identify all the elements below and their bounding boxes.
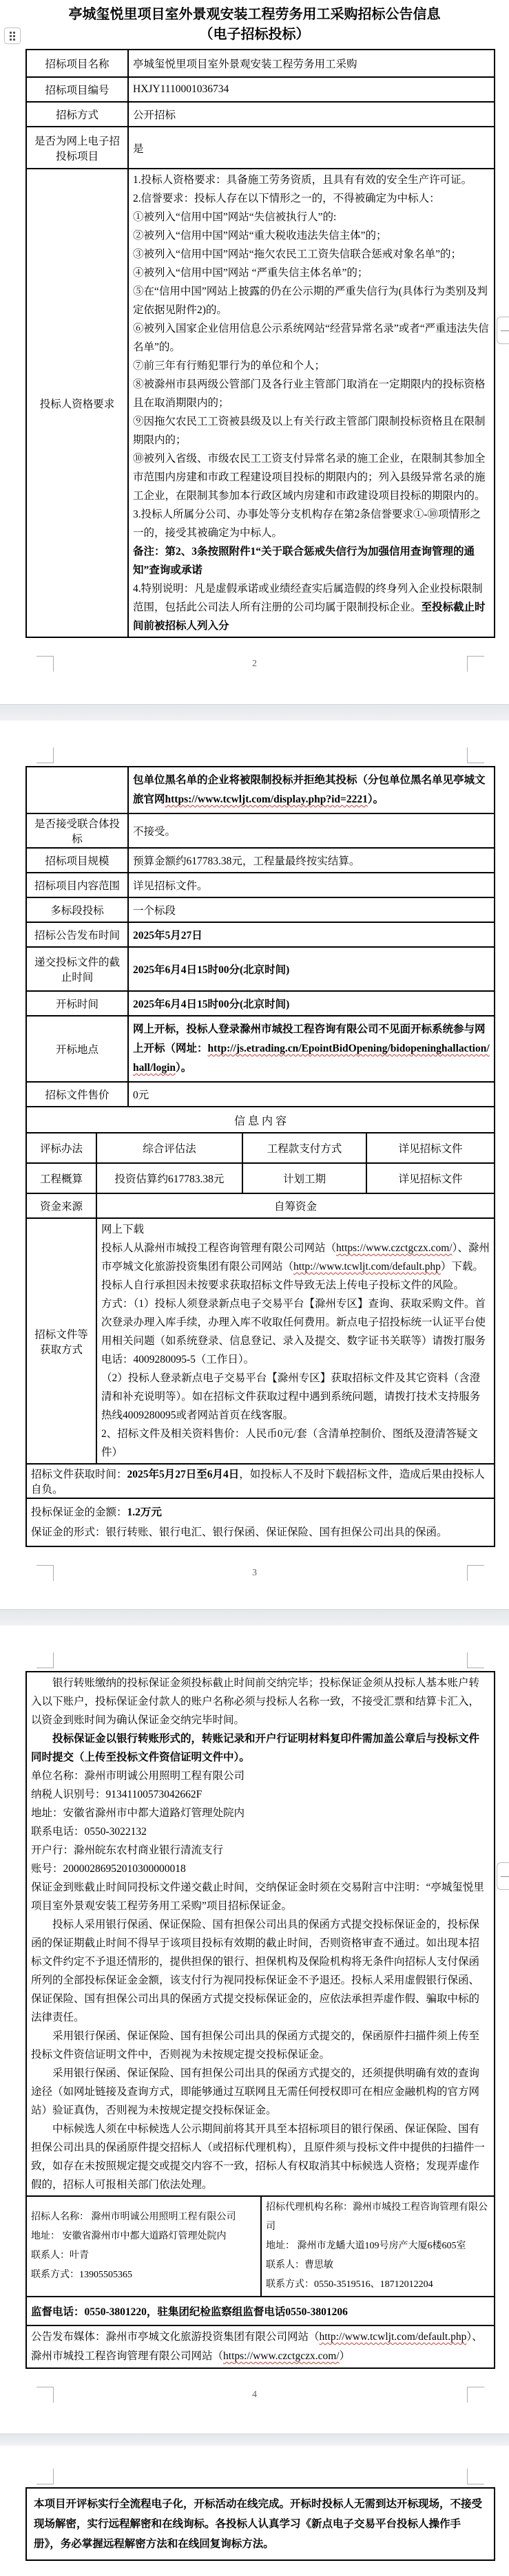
electronic-bidding-note: 本项目开评标实行全流程电子化，开标活动在线完成。开标时投标人无需到达开标现场，不… [25,2487,495,2561]
tenderer-contact: 联系人：叶青 [31,2246,256,2266]
doc-line: ⑨因拖欠农民工工资被县级及以上有关行政主管部门限制投标资格且在限制期限内的； [133,412,490,449]
doc-line: 纳税人识别号：91341100573042662F [31,1785,490,1804]
row-label: 招标项目编号 [26,77,128,102]
tenderer-address: 地址： 安徽省滁州市中都大道路灯管理处院内 [31,2227,256,2246]
page-footer: 3 [0,1547,509,1609]
row-label: 招标项目名称 [26,50,128,77]
row-label: 招标文件售价 [26,1082,128,1107]
doc-line: 单位名称：滁州市明诚公用照明工程有限公司 [31,1767,490,1785]
table-row: 评标办法 综合评估法 工程款支付方式 详见招标文件 [26,1133,495,1163]
doc-line: 投标保证金以银行转账形式的，转账记录和开户行证明材料复印件需加盖公章后与投标文件… [31,1729,490,1767]
deposit-info: 投标保证金的金额：1.2万元 保证金的形式：银行转账、银行电汇、银行保函、保证保… [26,1498,495,1546]
row-label: 是否接受联合体投标 [26,813,128,848]
agency-contact: 联系人：曹思敏 [266,2256,490,2275]
table-row: 是否为网上电子招投标项目 是 [26,127,495,169]
cell: 综合评估法 [96,1133,242,1163]
table-row-supervise: 监督电话：0550-3801220，驻集团纪检监察组监督电话0550-38012… [26,2297,495,2325]
doc-line: 网上下载 [101,1220,490,1239]
blacklist-url: https://www.tcwljt.com/display.php?id=22… [165,794,368,805]
row-value: 0元 [128,1082,495,1107]
tenderer-phone: 联系方式：13905505365 [31,2266,256,2285]
table-row: 是否接受联合体投标 不接受。 [26,813,495,848]
doc-line: 投标人采用银行保函、保证保险、国有担保公司出具的保函方式提交投标保证金的，投标保… [31,1915,490,2027]
deposit-and-contacts-table: 银行转账缴纳的投标保证金须投标截止时间前交纳完毕；投标保证金须从投标人基本账户转… [25,1671,495,2369]
page-break-band [0,704,509,721]
doc-line: 4.特别说明：凡是虚假承诺或业绩经查实后属造假的终身列入企业投标限制范围，包括此… [133,579,490,635]
row-value: 不接受。 [128,813,495,848]
table-row: 递交投标文件的截止时间 2025年6月4日15时00分(北京时间) [26,947,495,991]
qualification-content: 1.投标人资格要求：具备施工劳务资质，且具有有效的安全生产许可证。2.信誉要求：… [128,169,495,637]
tenderer-name: 招标人名称： 滁州市明诚公用照明工程有限公司 [31,2208,256,2227]
doc-line: 保证金到账截止时间同投标文件递交截止时间，交纳保证金时须在交易附言中注明：“亭城… [31,1878,490,1915]
row-label: 资金来源 [26,1193,96,1218]
doc-line: ①被列入“信用中国”网站“失信被执行人”的: [133,208,490,226]
table-row: 招标项目编号 HXJY1110001036734 [26,77,495,102]
bid-opening-datetime: 2025年6月4日15时00分(北京时间) [128,991,495,1016]
doc-line: ⑩被列入省级、市级农民工工资支付异常名录的施工企业，在限制其参加全市范围内房建和… [133,449,490,505]
page-break-band [0,1609,509,1626]
basic-info-table: 招标项目名称 亭城玺悦里项目室外景观安装工程劳务用工采购 招标项目编号 HXJY… [25,49,495,638]
margin-note-button[interactable]: — [497,1862,509,1890]
table-row: 开标时间 2025年6月4日15时00分(北京时间) [26,991,495,1016]
doc-line: 2.信誉要求：投标人存在以下情形之一的，不得被确定为中标人： [133,189,490,208]
cell: 工程概算 [26,1163,96,1193]
page-number: 4 [0,2389,509,2401]
page-header [0,721,509,766]
row-label: 招标项目规模 [26,848,128,873]
cell: 评标办法 [26,1133,96,1163]
obtain-date-range: 2025年5月27日至6月4日 [127,1469,240,1480]
section-header: 信 息 内 容 [26,1107,495,1133]
table-row: 招标公告发布时间 2025年5月27日 [26,922,495,947]
bank-transfer-content: 银行转账缴纳的投标保证金须投标截止时间前交纳完毕；投标保证金须从投标人基本账户转… [26,1672,495,2196]
cell: 工程款支付方式 [242,1133,366,1163]
doc-line: 采用银行保函、保证保险、国有担保公司出具的保函方式提交的，保函原件扫描件须上传至… [31,2027,490,2064]
table-row-qualification-continued: 包单位黑名单的企业将被限制投标并拒绝其投标（分包单位黑名单见亭城文旅官网http… [26,767,495,813]
page-break-band [0,2434,509,2446]
doc-line: ③被列入“信用中国”网站“拖欠农民工工资失信联合惩戒对象名单”的； [133,245,490,264]
doc-line: 中标候选人须在中标候选人公示期间前将其开具至本招标项目的银行保函、保证保险、国有… [31,2120,490,2194]
doc-line: ⑦前三年有行贿犯罪行为的单位和个人； [133,356,490,375]
table-row: 招标项目内容范围 详见招标文件。 [26,873,495,897]
doc-line: ②被列入“信用中国”网站“重大税收违法失信主体”的； [133,226,490,245]
row-label: 开标地点 [26,1016,128,1082]
table-row-bank-info: 银行转账缴纳的投标保证金须投标截止时间前交纳完毕；投标保证金须从投标人基本账户转… [26,1672,495,2196]
row-label: 开标时间 [26,991,128,1016]
table-row-opening-place: 开标地点 网上开标，投标人登录滁州市城投工程咨询有限公司不见面开标系统参与网上开… [26,1016,495,1082]
table-row: 招标项目规模 预算金额约617783.38元，工程量最终按实结算。 [26,848,495,873]
cell: 投资估算约617783.38元 [96,1163,242,1193]
row-label: 招标项目内容范围 [26,873,128,897]
doc-line: 联系电话：0550-3022132 [31,1822,490,1841]
fund-source: 自筹资金 [96,1193,495,1218]
opening-place-tail: ）。 [176,1062,191,1074]
margin-note-button[interactable]: — [497,317,509,344]
table-row: 招标文件售价 0元 [26,1082,495,1107]
table-row-media: 公告发布媒体：滁州市亭城文化旅游投资集团有限公司网站（http://www.tc… [26,2325,495,2368]
doc-line: 投标人从滁州市城投工程咨询管理有限公司网站（https://www.czctgc… [101,1239,490,1276]
row-value: 是 [128,127,495,169]
doc-line: 银行转账缴纳的投标保证金须投标截止时间前交纳完毕；投标保证金须从投标人基本账户转… [31,1674,490,1729]
row-label-empty [26,767,128,813]
deadline-datetime: 2025年6月4日15时00分(北京时间) [128,947,495,991]
row-label: 招标文件等获取方式 [26,1218,96,1464]
deposit-amount: 1.2万元 [127,1507,162,1518]
announce-date: 2025年5月27日 [128,922,495,947]
cell: 详见招标文件 [366,1133,495,1163]
table-row: 多标段投标 一个标段 [26,897,495,922]
schedule-info-table: 包单位黑名单的企业将被限制投标并拒绝其投标（分包单位黑名单见亭城文旅官网http… [25,766,495,1107]
crop-mark-icon [467,747,484,763]
doc-line: ⑧被滁州市县两级公管部门及各行业主管部门取消在一定期限内的投标资格且在取消期限内… [133,375,490,412]
bottom-margin [0,2561,509,2576]
cell: 详见招标文件 [366,1163,495,1193]
doc-line: ⑤在“信用中国”网站上披露的仍在公示期的严重失信行为(具体行为类别及判定依据见附… [133,282,490,319]
page-number: 3 [0,1568,509,1579]
opening-place: 网上开标，投标人登录滁州市城投工程咨询有限公司不见面开标系统参与网上开标（网址：… [128,1016,495,1082]
page-footer: 4 [0,2369,509,2434]
row-value: 详见招标文件。 [128,873,495,897]
drag-handle-icon[interactable] [4,28,21,44]
table-row: 资金来源 自筹资金 [26,1193,495,1218]
dash-icon: — [501,325,509,336]
table-row-qualification: 投标人资格要求 1.投标人资格要求：具备施工劳务资质，且具有有效的安全生产许可证… [26,169,495,637]
tender-announcement-document: — — 亭城玺悦里项目室外景观安装工程劳务用工采购招标公告信息（电子招标投标） … [0,0,509,2576]
grip-dots-icon [10,32,12,34]
table-row: 招标项目名称 亭城玺悦里项目室外景观安装工程劳务用工采购 [26,50,495,77]
doc-line: ⑥被列入国家企业信用信息公示系统网站“经营异常名录”或者“严重违法失信名单”的。 [133,319,490,356]
doc-line: （2）投标人登录新点电子交易平台【滁州专区】获取招标文件及其它资料（含澄清和补充… [101,1369,490,1425]
crop-mark-icon [37,1652,54,1668]
page-header [0,2446,509,2487]
page-footer: 2 [0,638,509,704]
doc-line: 地址：安徽省滁州市中都大道路灯管理处院内 [31,1804,490,1822]
page-number: 2 [0,659,509,670]
doc-line: 2、招标文件及相关资料售价：人民币0元/套（含清单控制价、图纸及澄清答疑文件） [101,1425,490,1462]
agency-contact-cell: 招标代理机构名称：滁州市城投工程咨询管理有限公司 地址： 滁州市龙蟠大道109号… [261,2196,495,2297]
row-value: 亭城玺悦里项目室外景观安装工程劳务用工采购 [128,50,495,77]
doc-line: 公告发布媒体：滁州市亭城文化旅游投资集团有限公司网站（http://www.tc… [31,2328,490,2366]
doc-line: ④被列入“信用中国”网站 “严重失信主体名单”的； [133,264,490,282]
consult-site-url: https://www.czctgczx.com/ [223,2350,340,2362]
crop-mark-icon [467,2469,484,2484]
page-header [0,1626,509,1671]
tenderer-contact-cell: 招标人名称： 滁州市明诚公用照明工程有限公司 地址： 安徽省滁州市中都大道路灯管… [26,2196,261,2297]
announcement-media: 公告发布媒体：滁州市亭城文化旅游投资集团有限公司网站（http://www.tc… [26,2325,495,2368]
group-site-url: http://www.tcwljt.com/default.php [320,2331,467,2343]
row-value: 公开招标 [128,102,495,127]
crop-mark-icon [37,2469,54,2484]
doc-line: 1.投标人资格要求：具备施工劳务资质，且具有有效的安全生产许可证。 [133,171,490,189]
table-row-obtain-method: 招标文件等获取方式 网上下载 投标人从滁州市城投工程咨询管理有限公司网站（htt… [26,1218,495,1464]
table-row-parties: 招标人名称： 滁州市明诚公用照明工程有限公司 地址： 安徽省滁州市中都大道路灯管… [26,2196,495,2297]
supervise-phones: 监督电话：0550-3801220，驻集团纪检监察组监督电话0550-38012… [26,2297,495,2325]
obtain-time: 招标文件获取时间：2025年5月27日至6月4日，如投标人不及时下载招标文件，造… [26,1464,495,1498]
table-row: 招标方式 公开招标 [26,102,495,127]
page-title: 亭城玺悦里项目室外景观安装工程劳务用工采购招标公告信息（电子招标投标） [0,0,509,49]
row-label: 是否为网上电子招投标项目 [26,127,128,169]
row-label: 递交投标文件的截止时间 [26,947,128,991]
group-site-url: http://www.tcwljt.com/default.php [293,1261,441,1273]
row-label: 投标人资格要求 [26,169,128,637]
agency-phone: 联系方式：0550-3519516、18712012204 [266,2275,490,2295]
doc-line: 账号：20000286952010300000018 [31,1860,490,1878]
row-value: 一个标段 [128,897,495,922]
row-label: 多标段投标 [26,897,128,922]
section-header-row: 信 息 内 容 [26,1107,495,1133]
doc-line: 采用银行保函、保证保险、国有担保公司出具的保函方式提交的，还须提供明确有效的查询… [31,2064,490,2120]
cell: 计划工期 [242,1163,366,1193]
info-content-table: 信 息 内 容 评标办法 综合评估法 工程款支付方式 详见招标文件 工程概算 投… [25,1106,495,1547]
row-label: 招标方式 [26,102,128,127]
doc-line: 备注：第2、3条按照附件1“关于联合惩戒失信行为加强信用查询管理的通知”查询或承… [133,542,490,579]
doc-line: 开户行：滁州皖东农村商业银行清流支行 [31,1841,490,1860]
doc-line: 3.投标人所属分公司、办事处等分支机构存在第2条信誉要求①-⑩项情形之一的，接受… [133,505,490,542]
dash-icon: — [501,1871,509,1882]
qualification-cont-tail: ）。 [368,794,384,805]
agency-name: 招标代理机构名称：滁州市城投工程咨询管理有限公司 [266,2198,490,2237]
row-value: HXJY1110001036734 [128,77,495,102]
crop-mark-icon [37,747,54,763]
qualification-continued: 包单位黑名单的企业将被限制投标并拒绝其投标（分包单位黑名单见亭城文旅官网http… [128,767,495,813]
table-row: 工程概算 投资估算约617783.38元 计划工期 详见招标文件 [26,1163,495,1193]
row-label: 招标公告发布时间 [26,922,128,947]
agency-address: 地址： 滁州市龙蟠大道109号房产大厦6楼605室 [266,2237,490,2256]
deposit-form: 保证金的形式：银行转账、银行电汇、银行保函、保证保险、国有担保公司出具的保函。 [31,1526,448,1538]
table-row-obtain-time: 招标文件获取时间：2025年5月27日至6月4日，如投标人不及时下载招标文件，造… [26,1464,495,1498]
doc-line: 方式：（1）投标人须登录新点电子交易平台【滁州专区】查询、获取采购文件。首次登录… [101,1295,490,1369]
doc-line: 投标人自行承担因未按要求获取招标文件导致无法上传电子投标文件的风险。 [101,1276,490,1295]
obtain-method-content: 网上下载 投标人从滁州市城投工程咨询管理有限公司网站（https://www.c… [96,1218,495,1464]
crop-mark-icon [467,1652,484,1668]
row-value: 预算金额约617783.38元，工程量最终按实结算。 [128,848,495,873]
consult-site-url: https://www.czctgczx.com/ [336,1242,453,1254]
table-row-deposit: 投标保证金的金额：1.2万元 保证金的形式：银行转账、银行电汇、银行保函、保证保… [26,1498,495,1546]
